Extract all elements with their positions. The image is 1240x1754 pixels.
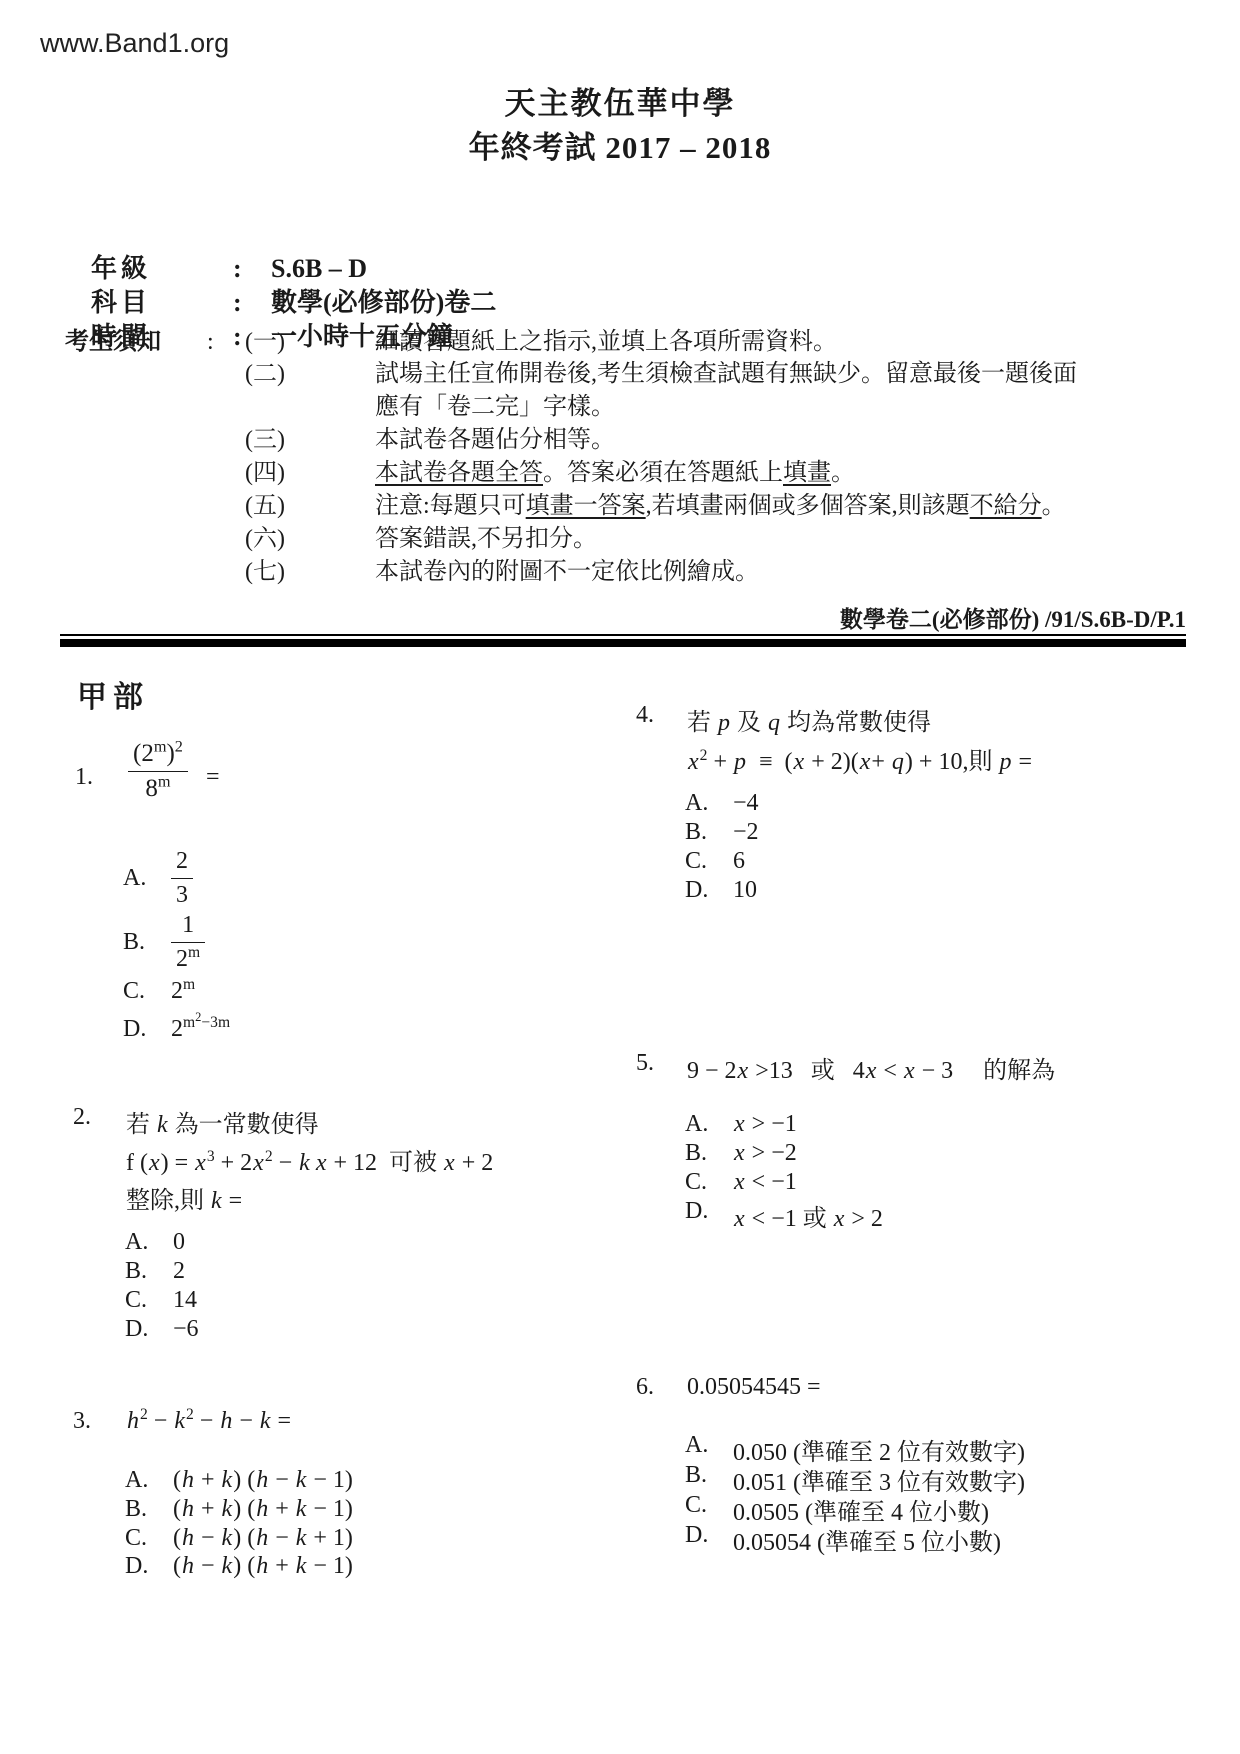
option-label: A.	[685, 1111, 733, 1138]
text-segment: 答案錯誤,不另扣分。	[375, 526, 597, 552]
notice-line-5: (五)注意:每題只可填畫一答案,若填畫兩個或多個答案,則該題不給分。	[245, 485, 1066, 520]
equals-sign: =	[206, 764, 220, 791]
notice-line-3: (三)本試卷各題佔分相等。	[245, 419, 615, 454]
notice-text: 細讀答題紙上之指示,並填上各項所需資料。	[375, 329, 837, 355]
text-segment: 。答案必須在答題紙上	[543, 460, 783, 486]
question-number: 2.	[73, 1104, 91, 1131]
notice-text: 試場主任宣佈開卷後,考生須檢查試題有無缺少。留意最後一題後面	[375, 361, 1077, 387]
option-value: 2m2−3m	[171, 1016, 230, 1043]
text-segment: 注意:每題只可	[375, 493, 526, 519]
fraction-denominator: 8m	[128, 772, 188, 804]
question-stem-line: h2 − k2 − h − k =	[126, 1408, 291, 1435]
option-label: C.	[685, 848, 733, 875]
notice-text: 應有「卷二完」字樣。	[375, 394, 615, 420]
option-value: 6	[733, 848, 745, 875]
option-label: D.	[125, 1553, 173, 1580]
notice-text: 本試卷各題全答。答案必須在答題紙上填畫。	[375, 460, 855, 486]
option-label: A.	[123, 865, 171, 892]
option-value: 2m	[171, 978, 195, 1005]
option-value: 0.05054 (準確至 5 位小數)	[733, 1522, 1001, 1557]
option-row-a: A. 0	[125, 1229, 185, 1256]
notice-number: (六)	[245, 518, 375, 553]
fraction: (2m)2 8m	[128, 740, 188, 804]
text-segment: 。	[831, 460, 855, 486]
question-stem-line: 9 − 2x >13 或 4x < x − 3 的解為	[687, 1050, 1055, 1085]
option-row-b: B. 2	[125, 1258, 185, 1285]
notice-number: (三)	[245, 419, 375, 454]
option-value: −2	[733, 819, 759, 846]
exam-paper-page: www.Band1.org 天主教伍華中學 年終考試 2017 – 2018 年…	[0, 0, 1240, 1754]
notice-number: (一)	[245, 321, 375, 356]
notice-number: (四)	[245, 452, 375, 487]
option-row-c: C. 2m	[123, 978, 195, 1005]
option-value: −4	[733, 790, 759, 817]
notice-text: 本試卷各題佔分相等。	[375, 427, 615, 453]
exam-title: 年終考試 2017 – 2018	[0, 122, 1240, 167]
option-row-c: C. 14	[125, 1287, 197, 1314]
school-name: 天主教伍華中學	[0, 78, 1240, 123]
option-label: B.	[685, 1140, 733, 1167]
option-row-a: A. −4	[685, 790, 759, 817]
divider-thin-rule	[60, 634, 1186, 636]
notice-line-6: (六)答案錯誤,不另扣分。	[245, 518, 597, 553]
text-segment: 本試卷各題佔分相等。	[375, 427, 615, 453]
option-value: x > −1	[733, 1111, 797, 1138]
option-label: C.	[685, 1169, 733, 1196]
option-row-d: D. 0.05054 (準確至 5 位小數)	[685, 1522, 1001, 1557]
question-stem-line: 整除,則 k =	[126, 1180, 242, 1215]
text-segment: 試場主任宣佈開卷後,考生須檢查試題有無缺少。留意最後一題後面	[375, 361, 1077, 387]
option-value: (h + k) (h + k − 1)	[173, 1496, 353, 1523]
divider-thick-rule	[60, 639, 1186, 647]
option-label: B.	[125, 1258, 173, 1285]
option-value: 2	[173, 1258, 185, 1285]
fraction-numerator: 1	[171, 912, 205, 943]
option-row-d: D. x < −1 或 x > 2	[685, 1198, 883, 1233]
option-value: (h + k) (h − k − 1)	[173, 1467, 353, 1494]
option-row-d: D. 10	[685, 877, 757, 904]
text-segment: ,若填畫兩個或多個答案,則該題	[646, 493, 970, 519]
option-label: C.	[125, 1287, 173, 1314]
notice-line-1: 考生須知:(一)細讀答題紙上之指示,並填上各項所需資料。	[65, 321, 837, 356]
fraction-denominator: 2m	[171, 943, 205, 974]
fraction-denominator: 3	[171, 879, 193, 910]
question-number: 3.	[73, 1408, 91, 1435]
option-label: D.	[123, 1016, 171, 1043]
page-reference: 數學卷二(必修部份) /91/S.6B-D/P.1	[60, 601, 1186, 634]
option-label: D.	[685, 877, 733, 904]
notice-colon: :	[207, 329, 245, 356]
notice-text: 答案錯誤,不另扣分。	[375, 526, 597, 552]
text-segment: 細讀答題紙上之指示,並填上各項所需資料。	[375, 329, 837, 355]
question-number: 5.	[636, 1050, 654, 1077]
option-row-b: B. (h + k) (h + k − 1)	[125, 1496, 353, 1523]
notice-text: 注意:每題只可填畫一答案,若填畫兩個或多個答案,則該題不給分。	[375, 493, 1066, 519]
option-row-a: A. 2 3	[123, 848, 193, 909]
option-label: A.	[125, 1229, 173, 1256]
option-label: A.	[125, 1467, 173, 1494]
option-label: D.	[125, 1316, 173, 1343]
text-segment: 。	[1042, 493, 1066, 519]
underlined-text-segment: 填畫一答案	[526, 493, 646, 519]
option-row-b: B. x > −2	[685, 1140, 797, 1167]
option-row-b: B. −2	[685, 819, 759, 846]
notice-line-2: (二)試場主任宣佈開卷後,考生須檢查試題有無缺少。留意最後一題後面	[245, 353, 1077, 388]
question-number: 6.	[636, 1374, 654, 1401]
option-label: C.	[125, 1525, 173, 1552]
option-label: C.	[123, 978, 171, 1005]
option-value: 0	[173, 1229, 185, 1256]
question-stem-line: 若 p 及 q 均為常數使得	[687, 702, 931, 737]
notice-number: (七)	[245, 551, 375, 586]
underlined-text-segment: 不給分	[970, 493, 1042, 519]
option-value: 14	[173, 1287, 197, 1314]
option-value: (h − k) (h + k − 1)	[173, 1553, 353, 1580]
option-label: D.	[685, 1522, 733, 1557]
option-row-b: B. 1 2m	[123, 912, 205, 973]
option-row-d: D. 2m2−3m	[123, 1016, 230, 1043]
option-row-c: C. x < −1	[685, 1169, 797, 1196]
option-value: 10	[733, 877, 757, 904]
option-row-a: A. (h + k) (h − k − 1)	[125, 1467, 353, 1494]
notice-text: 本試卷內的附圖不一定依比例繪成。	[375, 559, 759, 585]
option-label: D.	[685, 1198, 733, 1233]
option-row-d: D. −6	[125, 1316, 199, 1343]
option-row-c: C. (h − k) (h − k + 1)	[125, 1525, 353, 1552]
underlined-text-segment: 本試卷各題全答	[375, 460, 543, 486]
notice-header-label: 考生須知	[65, 321, 207, 356]
option-value: x < −1	[733, 1169, 797, 1196]
option-label: B.	[123, 929, 171, 956]
option-label: A.	[685, 790, 733, 817]
question-stem-line: 0.05054545 =	[687, 1374, 821, 1401]
option-value: x > −2	[733, 1140, 797, 1167]
question-stem-line: x2 + p ≡ (x + 2)(x+ q) + 10,則 p =	[687, 741, 1032, 776]
fraction: 2 3	[171, 848, 193, 909]
question-stem-line: f (x) = x3 + 2x2 − k x + 12 可被 x + 2	[126, 1142, 493, 1177]
underlined-text-segment: 填畫	[783, 460, 831, 486]
text-segment: 本試卷內的附圖不一定依比例繪成。	[375, 559, 759, 585]
question-number: 1.	[75, 764, 93, 791]
fraction: 1 2m	[171, 912, 205, 973]
option-label: B.	[125, 1496, 173, 1523]
watermark: www.Band1.org	[40, 28, 229, 59]
option-row-c: C. 6	[685, 848, 745, 875]
option-row-a: A. x > −1	[685, 1111, 797, 1138]
notice-line-7: (七)本試卷內的附圖不一定依比例繪成。	[245, 551, 759, 586]
option-value: x < −1 或 x > 2	[733, 1198, 883, 1233]
notice-number: (二)	[245, 353, 375, 388]
option-row-d: D. (h − k) (h + k − 1)	[125, 1553, 353, 1580]
notice-line-2b: 應有「卷二完」字樣。	[245, 386, 615, 421]
question-stem-line: 若 k 為一常數使得	[126, 1104, 319, 1139]
option-value: (h − k) (h − k + 1)	[173, 1525, 353, 1552]
option-value: −6	[173, 1316, 199, 1343]
fraction-numerator: 2	[171, 848, 193, 879]
option-label: B.	[685, 819, 733, 846]
notice-number: (五)	[245, 485, 375, 520]
question-number: 4.	[636, 702, 654, 729]
text-segment: 應有「卷二完」字樣。	[375, 394, 615, 420]
notice-line-4: (四)本試卷各題全答。答案必須在答題紙上填畫。	[245, 452, 855, 487]
section-title: 甲部	[77, 672, 149, 716]
fraction-numerator: (2m)2	[128, 740, 188, 772]
